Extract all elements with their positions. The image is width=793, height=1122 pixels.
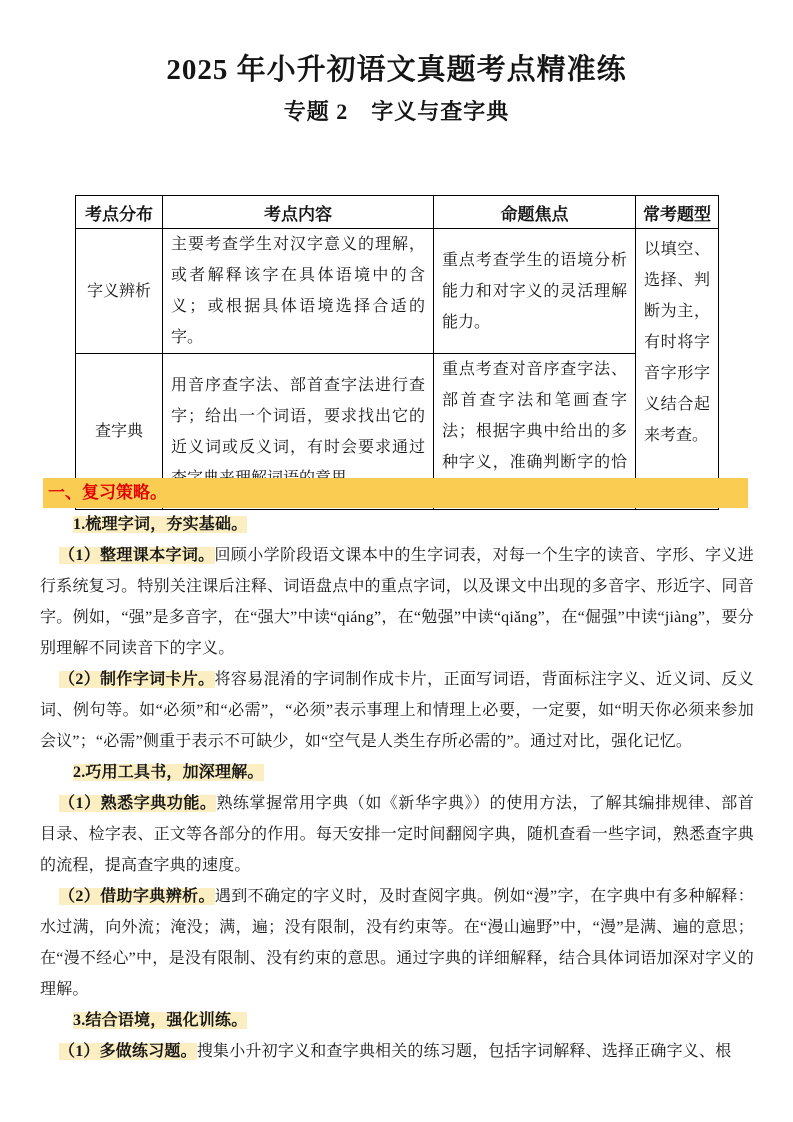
page-title: 2025 年小升初语文真题考点精准练: [0, 47, 793, 88]
page-subtitle: 专题 2 字义与查字典: [0, 95, 793, 126]
cell-category-ziyi: 字义辨析: [76, 229, 163, 354]
strategy-heading-2: 2.巧用工具书，加深理解。: [40, 757, 754, 788]
table-row: 字义辨析 主要考查学生对汉字意义的理解，或者解释该字在具体语境中的含义；或根据具…: [76, 229, 719, 354]
col-header-content: 考点内容: [163, 196, 434, 229]
paragraph-lead: （2）制作字词卡片。: [59, 671, 215, 688]
col-header-focus: 命题焦点: [434, 196, 636, 229]
col-header-distribution: 考点分布: [76, 196, 163, 229]
strategy-paragraph: （2）制作字词卡片。将容易混淆的字词制作成卡片，正面写词语，背面标注字义、近义词…: [40, 664, 754, 757]
strategy-paragraph: （1）熟悉字典功能。熟练掌握常用字典（如《新华字典》）的使用方法，了解其编排规律…: [40, 788, 754, 881]
heading-text: 2.巧用工具书，加深理解。: [73, 764, 264, 781]
heading-text: 3.结合语境，强化训练。: [73, 1012, 247, 1029]
document-page: 2025 年小升初语文真题考点精准练 专题 2 字义与查字典 考点分布 考点内容…: [0, 0, 793, 1122]
strategy-paragraph: （2）借助字典辨析。遇到不确定的字义时，及时查阅字典。例如“漫”字，在字典中有多…: [40, 881, 754, 1005]
section-banner-review-strategy: 一、复习策略。: [43, 478, 748, 508]
strategy-paragraph: （1）整理课本字词。回顾小学阶段语文课本中的生字词表，对每一个生字的读音、字形、…: [40, 540, 754, 664]
table-header-row: 考点分布 考点内容 命题焦点 常考题型: [76, 196, 719, 229]
col-header-types: 常考题型: [636, 196, 719, 229]
paragraph-lead: （2）借助字典辨析。: [59, 888, 215, 905]
strategy-heading-3: 3.结合语境，强化训练。: [40, 1005, 754, 1036]
cell-focus-ziyi: 重点考查学生的语境分析能力和对字义的灵活理解能力。: [434, 229, 636, 354]
cell-question-types: 以填空、选择、判断为主，有时将字音字形字义结合起来考查。: [636, 229, 719, 510]
cell-content-ziyi: 主要考查学生对汉字意义的理解，或者解释该字在具体语境中的含义；或根据具体语境选择…: [163, 229, 434, 354]
exam-points-table: 考点分布 考点内容 命题焦点 常考题型 字义辨析 主要考查学生对汉字意义的理解，…: [75, 195, 719, 510]
strategy-paragraph: （1）多做练习题。搜集小升初字义和查字典相关的练习题，包括字词解释、选择正确字义…: [40, 1036, 754, 1067]
paragraph-text: 搜集小升初字义和查字典相关的练习题，包括字词解释、选择正确字义、根: [197, 1043, 732, 1060]
paragraph-lead: （1）熟悉字典功能。: [59, 795, 216, 812]
strategy-heading-1: 1.梳理字词，夯实基础。: [40, 509, 754, 540]
strategy-content: 1.梳理字词，夯实基础。 （1）整理课本字词。回顾小学阶段语文课本中的生字词表，…: [40, 509, 754, 1067]
heading-text: 1.梳理字词，夯实基础。: [73, 516, 247, 533]
paragraph-lead: （1）整理课本字词。: [59, 547, 215, 564]
paragraph-lead: （1）多做练习题。: [59, 1043, 197, 1060]
